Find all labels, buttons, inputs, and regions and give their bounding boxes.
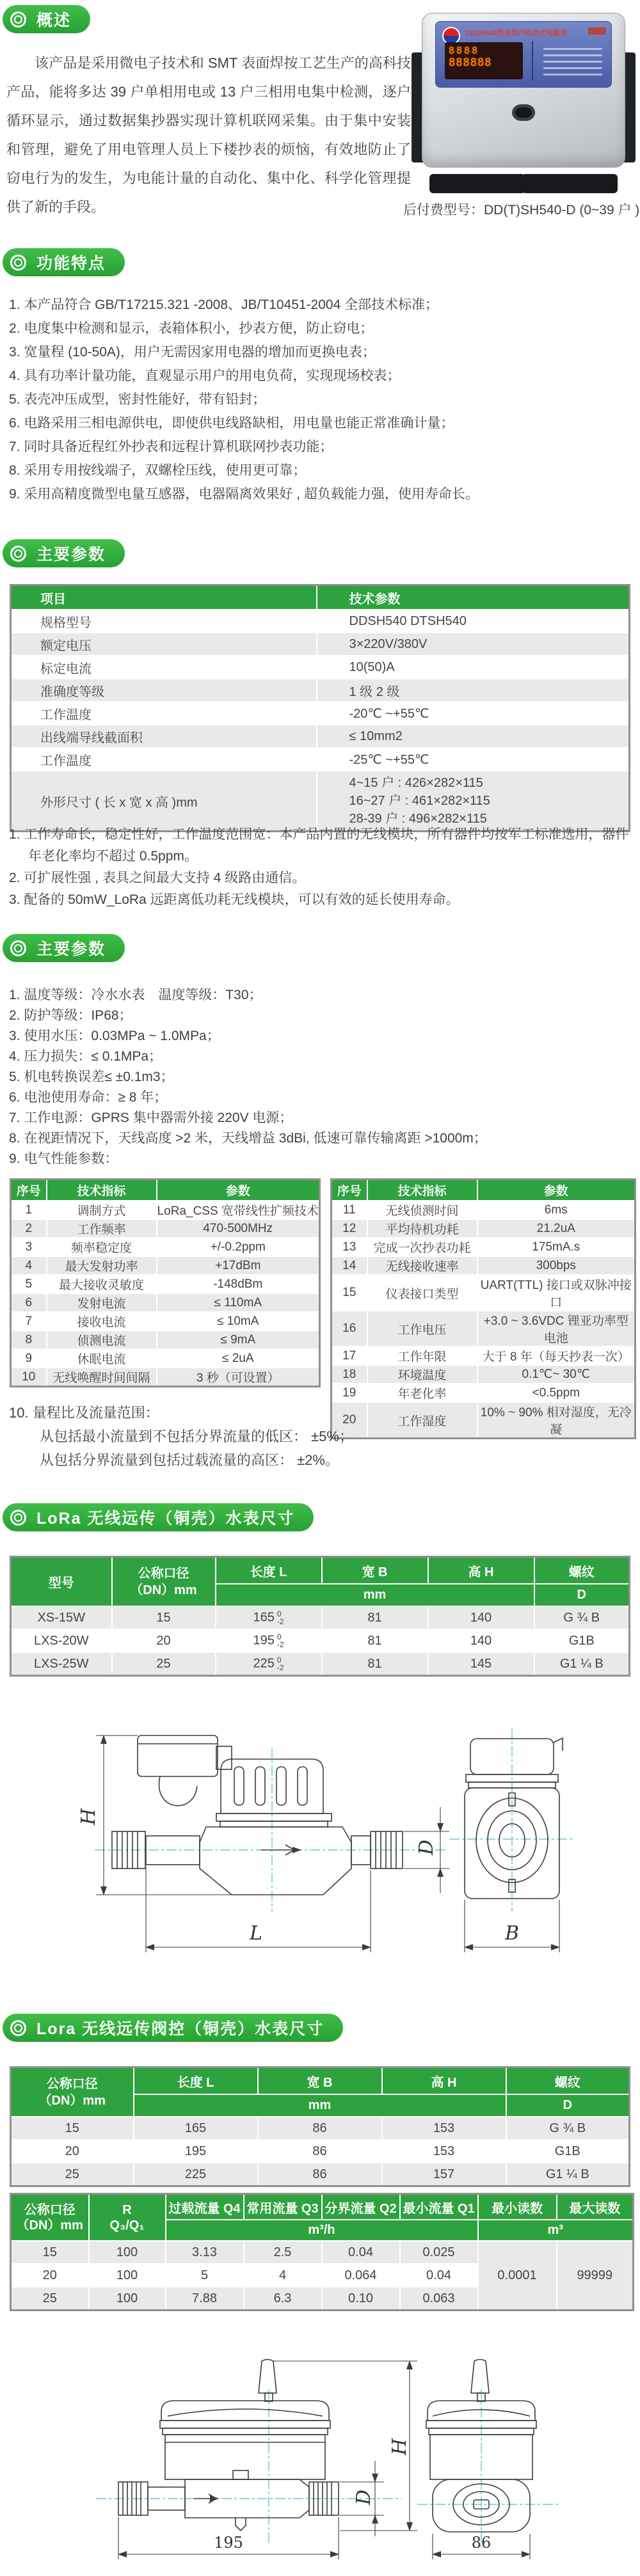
min-reading-cell: 0.0001 xyxy=(478,2241,557,2311)
overview-paragraph: 该产品是采用微电子技术和 SMT 表面焊按工艺生产的高科技产品，能将多达 39 … xyxy=(6,49,411,221)
rf-params-table-right: 序号技术指标参数 11无线侦测时间6ms 12平均待机功耗21.2uA 13完成… xyxy=(330,1178,636,1439)
param-item: 2. 防护等级：IP68； xyxy=(9,1006,635,1026)
feature-item: 2. 电度集中检测和显示，表箱体积小，抄表方便，防止窃电； xyxy=(9,317,635,340)
table-row: 18环境温度0.1℃~ 30℃ xyxy=(332,1365,636,1384)
table-row: 10无线唤醒时间间隔3 秒（可设置） xyxy=(11,1368,320,1387)
table-row: 1调制方式LoRa_CSS 宽带线性扩频技术 xyxy=(11,1201,320,1219)
section-bullet-icon xyxy=(10,940,26,956)
table-row: 15仪表接口类型UART(TTL) 接口或双脉冲接口 xyxy=(332,1275,636,1311)
table-row: XS-15W 15 1650-2 81 140 G ¾ B xyxy=(11,1606,630,1629)
feature-item: 6. 电路采用三相电源供电，即使供电线路缺相，用电量也能正常准确计量； xyxy=(9,411,635,435)
size-line: 16~27 户 : 461×282×115 xyxy=(349,792,629,810)
feature-item: 5. 表壳冲压成型，密封性能好，带有铅封； xyxy=(9,388,635,411)
section-header-water-params: 主要参数 xyxy=(3,934,125,962)
max-reading-cell: 99999 xyxy=(557,2241,634,2311)
note-line: 从包括分界流量到包括过载流量的高区： ±2%。 xyxy=(9,1448,353,1472)
panel-divider xyxy=(532,41,533,81)
table-row: 13完成一次抄表功耗175mA.s xyxy=(332,1238,636,1256)
note-item: 3. 配备的 50mW_LoRa 远距离低功耗无线模块，可以有效的延长使用寿命。 xyxy=(9,889,635,911)
flow-rate-table: 公称口径（DN）mm RQ₃/Q₁ 过载流量 Q4 常用流量 Q3 分界流量 Q… xyxy=(10,2193,634,2311)
param-item: 9. 电气性能参数： xyxy=(9,1149,635,1169)
table-row: 19年老化率<0.5ppm xyxy=(332,1384,636,1402)
table-row: 20工作湿度10% ~ 90% 相对湿度，无冷凝 xyxy=(332,1402,636,1439)
table-row: 额定电压3×220V/380V xyxy=(11,633,630,656)
table-row: 外形尺寸 ( 长 x 宽 x 高 )mm 4~15 户 : 426×282×11… xyxy=(11,771,630,832)
keyhole xyxy=(512,104,535,121)
section-title-water-params: 主要参数 xyxy=(36,936,106,960)
table-row: 9休眠电流≤ 2uA xyxy=(11,1349,320,1368)
param-item: 8. 在视距情况下，天线高度 >2 米，天线增益 3dBi, 低速可靠传输离距 … xyxy=(9,1128,635,1149)
param-item: 1. 温度等级：冷水水表 温度等级：T30； xyxy=(9,985,635,1006)
dimension-lines xyxy=(96,1735,559,1952)
dim-label-length: 195 xyxy=(214,2534,243,2552)
lora-dimensions-table: 型号 公称口径（DN）mm 长度 L 宽 B 高 H 螺纹 mm D XS-15… xyxy=(10,1556,630,1677)
table-row: 7接收电流≤ 10mA xyxy=(11,1312,320,1331)
dimension-lines xyxy=(118,2361,530,2559)
table-row: 2019586153G1B xyxy=(11,2140,630,2163)
table-row: 2工作频率470-500MHz xyxy=(11,1219,320,1238)
param-item: 4. 压力损失：≤ 0.1MPa； xyxy=(9,1047,635,1067)
table-row: 工作温度-20℃ ~+55℃ xyxy=(11,702,630,725)
note-item: 1. 工作寿命长，稳定性好，工作温度范围宽：本产品内置的无线模块，所有器件均按军… xyxy=(9,824,635,867)
dim-label-h: H xyxy=(388,2438,411,2456)
table-row: 16工作电压+3.0 ~ 3.6VDC 锂亚功率型电池 xyxy=(332,1311,636,1347)
table-row: 标定电流10(50)A xyxy=(11,656,630,679)
meter-front-view xyxy=(112,1735,403,1895)
device-panel-title: DDSH540型多用户组合式电能表 xyxy=(465,28,589,38)
dim-label-d: D xyxy=(415,1840,438,1856)
rf-params-table-left: 序号技术指标参数 1调制方式LoRa_CSS 宽带线性扩频技术 2工作频率470… xyxy=(10,1178,321,1387)
size-line: 4~15 户 : 426×282×115 xyxy=(349,774,629,792)
dim-label-width: 86 xyxy=(472,2534,492,2552)
section-header-electric-params: 主要参数 xyxy=(3,539,125,567)
param-item: 5. 机电转换误差≤ ±0.1m3； xyxy=(9,1067,635,1087)
table-row: 12平均待机功耗21.2uA xyxy=(332,1219,636,1238)
table-row: 3频率稳定度+/-0.2ppm xyxy=(11,1238,320,1256)
dimension-drawing-lora-meter: H D L B xyxy=(0,1689,640,1988)
param-item: 6. 电池使用寿命：≥ 8 年； xyxy=(9,1087,635,1108)
section-header-valve-dims: Lora 无线远传阀控（铜壳）水表尺寸 xyxy=(3,2014,343,2042)
terminal-cover-right xyxy=(522,174,618,193)
section-title-lora-dims: LoRa 无线远传（铜壳）水表尺寸 xyxy=(36,1506,294,1529)
feature-item: 7. 同时具备近程红外抄表和远程计算机联网抄表功能； xyxy=(9,435,635,459)
table-row: 1516586153G ¾ B xyxy=(11,2117,630,2140)
secondary-logo-icon xyxy=(588,28,606,35)
note-title: 10. 量程比及流量范围： xyxy=(9,1401,353,1425)
table-row: 出线端导线截面积≤ 10mm2 xyxy=(11,725,630,748)
section-header-overview: 概述 xyxy=(3,5,90,33)
note-line: 从包括最小流量到不包括分界流量的低区： ±5%； xyxy=(9,1425,353,1448)
meter-case: DDSH540型多用户组合式电能表 8888 888888 xyxy=(422,13,625,168)
table-row: LXS-20W 20 1950-2 81 140 G1B xyxy=(11,1629,630,1652)
terminal-cover-left xyxy=(429,174,525,193)
panel-spec-text xyxy=(543,43,602,80)
feature-item: 4. 具有功率计量功能，直观显示用户的用电负荷，实现现场校表； xyxy=(9,364,635,388)
dim-label-b: B xyxy=(504,1922,519,1945)
table-row: 11无线侦测时间6ms xyxy=(332,1201,636,1219)
table-row: 8侦测电流≤ 9mA xyxy=(11,1331,320,1349)
electric-notes: 1. 工作寿命长，稳定性好，工作温度范围宽：本产品内置的无线模块，所有器件均按军… xyxy=(9,824,635,911)
param-item: 7. 工作电源：GPRS 集中器需外接 220V 电源； xyxy=(9,1108,635,1128)
table-row: LXS-25W 25 2250-2 81 145 G1 ¼ B xyxy=(11,1652,630,1676)
feature-item: 1. 本产品符合 GB/T17215.321 -2008、JB/T10451-2… xyxy=(9,293,635,317)
dim-label-l: L xyxy=(249,1922,262,1945)
section-title-features: 功能特点 xyxy=(36,251,106,274)
table-row: 规格型号DDSH540 DTSH540 xyxy=(11,610,630,633)
table-row: 准确度等级1 级 2 级 xyxy=(11,679,630,702)
section-bullet-icon xyxy=(10,1510,26,1526)
section-bullet-icon xyxy=(10,12,26,28)
dim-label-d: D xyxy=(353,2490,375,2506)
section-title-electric-params: 主要参数 xyxy=(36,542,106,565)
electric-params-table: 项目技术参数 规格型号DDSH540 DTSH540 额定电压3×220V/38… xyxy=(10,584,630,832)
valve-meter-front-view xyxy=(118,2360,339,2531)
table-row: 17工作年限大于 8 年（每天抄表一次） xyxy=(332,1347,636,1365)
datasheet-page: 概述 该产品是采用微电子技术和 SMT 表面焊按工艺生产的高科技产品，能将多达 … xyxy=(0,0,640,2576)
section-bullet-icon xyxy=(10,255,26,271)
col-header: 项目 xyxy=(11,585,317,610)
product-photo: DDSH540型多用户组合式电能表 8888 888888 xyxy=(412,13,636,198)
led-display-block: 8888 888888 xyxy=(445,42,523,79)
table-row: 14无线接收速率300bps xyxy=(332,1256,636,1275)
led-display-large: 888888 xyxy=(449,56,519,69)
table-row: 15 100 3.13 2.5 0.04 0.025 0.0001 99999 xyxy=(11,2241,634,2264)
dimension-drawing-valve-meter: H D 195 86 xyxy=(0,2357,640,2576)
section-title-overview: 概述 xyxy=(36,8,71,31)
meter-side-view xyxy=(465,1738,563,1899)
feature-item: 9. 采用高精度微型电量互感器，电器隔离效果好 , 超负载能力强，使用寿命长。 xyxy=(9,482,635,506)
feature-item: 8. 采用专用按线端子，双螺栓压线，使用更可靠； xyxy=(9,459,635,482)
col-header: 技术参数 xyxy=(317,585,630,610)
param-item: 3. 使用水压：0.03MPa ~ 1.0MPa； xyxy=(9,1026,635,1047)
dim-label-h: H xyxy=(77,1808,100,1826)
range-ratio-note: 10. 量程比及流量范围： 从包括最小流量到不包括分界流量的低区： ±5%； 从… xyxy=(9,1401,353,1472)
table-row: 工作温度-25℃ ~+55℃ xyxy=(11,748,630,771)
led-display-small: 8888 xyxy=(449,45,519,56)
photo-caption: 后付费型号：DD(T)SH540-D (0~39 户 ) xyxy=(403,200,639,219)
table-row: 2522586157G1 ¼ B xyxy=(11,2163,630,2186)
section-bullet-icon xyxy=(10,546,26,562)
table-row: 5最大接收灵敏度-148dBm xyxy=(11,1275,320,1293)
meter-front-panel: DDSH540型多用户组合式电能表 8888 888888 xyxy=(435,21,612,88)
section-title-valve-dims: Lora 无线远传阀控（铜壳）水表尺寸 xyxy=(36,2016,324,2039)
section-header-features: 功能特点 xyxy=(3,248,125,276)
section-header-lora-dims: LoRa 无线远传（铜壳）水表尺寸 xyxy=(3,1503,314,1531)
valve-dimensions-table: 公称口径（DN）mm 长度 L 宽 B 高 H 螺纹 mm D 15165861… xyxy=(10,2066,630,2187)
section-bullet-icon xyxy=(10,2020,26,2036)
table-row: 4最大发射功率+17dBm xyxy=(11,1256,320,1275)
feature-item: 3. 宽量程 (10-50A)，用户无需因家用电器的增加而更换电表； xyxy=(9,340,635,364)
features-list: 1. 本产品符合 GB/T17215.321 -2008、JB/T10451-2… xyxy=(9,293,635,506)
note-item: 2. 可扩展性强 , 表具之间最大支持 4 级路由通信。 xyxy=(9,867,635,889)
table-row: 6发射电流≤ 110mA xyxy=(11,1293,320,1312)
water-params-list: 1. 温度等级：冷水水表 温度等级：T30； 2. 防护等级：IP68； 3. … xyxy=(9,985,635,1169)
